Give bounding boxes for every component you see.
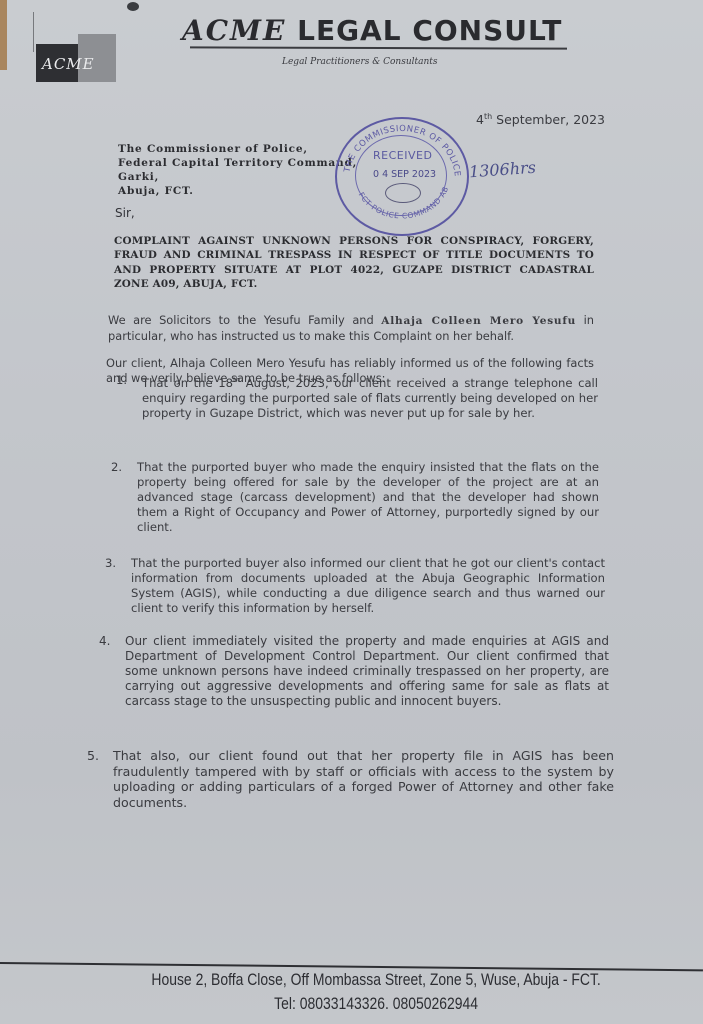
- firm-logo: ACME: [36, 34, 116, 83]
- fact-item: 3. That the purported buyer also informe…: [131, 556, 605, 616]
- handwritten-time: 1306hrs: [468, 158, 536, 182]
- fact-number: 5.: [87, 748, 99, 764]
- intro-paragraph: We are Solicitors to the Yesufu Family a…: [108, 313, 594, 343]
- stamp-signature: [385, 183, 421, 203]
- addressee-line: Federal Capital Territory Command,: [118, 156, 357, 170]
- fact-text: That the purported buyer also informed o…: [131, 556, 605, 615]
- fact-item: 2. That the purported buyer who made the…: [137, 460, 599, 535]
- logo-mark-text: ACME: [42, 55, 95, 73]
- date-rest: September, 2023: [496, 112, 605, 127]
- subject-heading: COMPLAINT AGAINST UNKNOWN PERSONS FOR CO…: [114, 234, 594, 292]
- fact-item: 4. Our client immediately visited the pr…: [125, 634, 609, 709]
- received-stamp: THE COMMISSIONER OF POLICE FCT POLICE CO…: [335, 117, 469, 236]
- fact-number: 3.: [105, 556, 116, 571]
- punch-hole: [127, 2, 139, 11]
- stamp-received-label: RECEIVED: [373, 149, 432, 162]
- date-day: 4: [476, 112, 484, 127]
- firm-name-rest: LEGAL CONSULT: [297, 14, 562, 47]
- salutation: Sir,: [115, 206, 135, 220]
- firm-tagline: Legal Practitioners & Consultants: [282, 57, 438, 67]
- fact-text: Our client immediately visited the prope…: [125, 634, 609, 708]
- fact-text: That the purported buyer who made the en…: [137, 460, 599, 534]
- intro-before: We are Solicitors to the Yesufu Family a…: [108, 313, 381, 327]
- fact-text-before: That on the 18: [142, 376, 233, 390]
- date-suffix: th: [484, 112, 492, 121]
- letter-date: 4th September, 2023: [476, 112, 605, 127]
- addressee-block: The Commissioner of Police, Federal Capi…: [118, 142, 357, 198]
- fact-number: 4.: [99, 634, 110, 649]
- fact-item: 5. That also, our client found out that …: [113, 748, 614, 810]
- footer-address: House 2, Boffa Close, Off Mombassa Stree…: [112, 968, 639, 992]
- footer: House 2, Boffa Close, Off Mombassa Stree…: [63, 968, 639, 1016]
- footer-telephone: Tel: 08033143326. 08050262944: [112, 992, 639, 1016]
- addressee-line: The Commissioner of Police,: [118, 142, 357, 156]
- fact-text: That also, our client found out that her…: [113, 748, 614, 810]
- fact-item: 1. That on the 18th August, 2023, our cl…: [142, 373, 598, 421]
- paper-mark: [33, 12, 34, 52]
- fact-number: 1.: [116, 373, 127, 388]
- stamp-date: 0 4 SEP 2023: [373, 169, 436, 180]
- addressee-line: Abuja, FCT.: [118, 184, 357, 198]
- firm-name-script: ACME: [182, 14, 286, 47]
- client-name: Alhaja Colleen Mero Yesufu: [381, 315, 576, 327]
- fact-number: 2.: [111, 460, 122, 475]
- letterhead-rule: [190, 46, 567, 49]
- addressee-line: Garki,: [118, 170, 357, 184]
- table-edge: [0, 0, 7, 70]
- firm-name: ACME LEGAL CONSULT: [182, 14, 562, 47]
